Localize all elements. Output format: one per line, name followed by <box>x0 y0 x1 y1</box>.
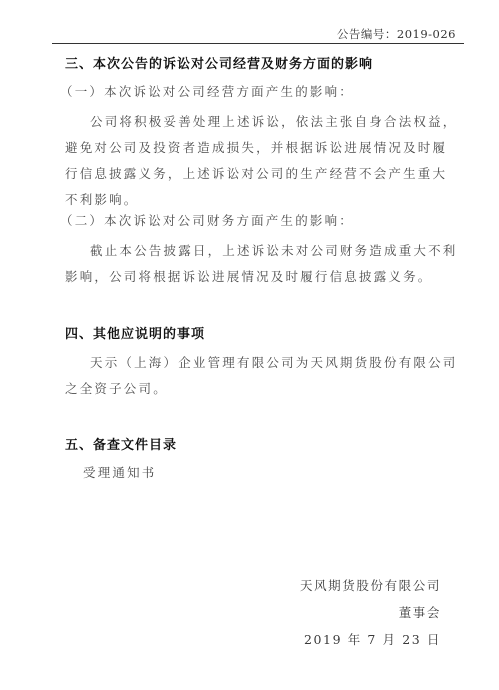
section-3-1-heading: （一）本次诉讼对公司经营方面产生的影响： <box>60 82 354 100</box>
signature-company: 天风期货股份有限公司 <box>300 576 441 594</box>
section-3-2-heading: （二）本次诉讼对公司财务方面产生的影响： <box>60 211 354 229</box>
section-5-heading: 五、备查文件目录 <box>65 434 177 453</box>
section-3-2-paragraph: 截止本公告披露日，上述诉讼未对公司财务造成重大不利影响，公司将根据诉讼进展情况及… <box>65 238 460 290</box>
section-3-1-paragraph: 公司将积极妥善处理上述诉讼，依法主张自身合法权益，避免对公司及投资者造成损失，并… <box>65 109 460 213</box>
section-4-paragraph: 天示（上海）企业管理有限公司为天风期货股份有限公司之全资子公司。 <box>65 350 460 402</box>
signature-date: 2019 年 7 月 23 日 <box>304 630 441 648</box>
section-4-heading: 四、其他应说明的事项 <box>65 323 205 342</box>
header-divider <box>52 43 464 44</box>
announcement-number: 公告编号：2019-026 <box>337 26 456 42</box>
section-5-item: 受理通知书 <box>83 463 157 481</box>
signature-board: 董事会 <box>399 603 441 621</box>
section-3-heading: 三、本次公告的诉讼对公司经营及财务方面的影响 <box>65 53 373 72</box>
